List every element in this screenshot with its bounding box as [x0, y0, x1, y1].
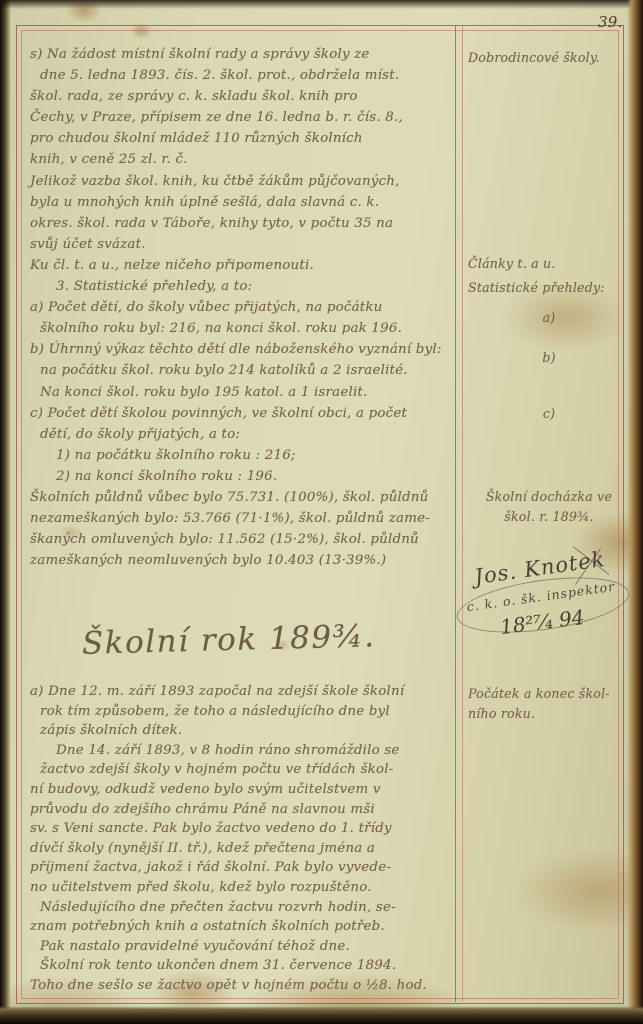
margin-note-year-line2: ního roku. — [468, 704, 630, 724]
paper: 39. s) Na žádost místní školní rady a sp… — [0, 0, 643, 1024]
manuscript-line: žactvo zdejší školy v hojném počtu ve tř… — [30, 760, 454, 780]
book-edge-bottom — [0, 1006, 643, 1024]
margin-note-benefactors: Dobrodincové školy. — [468, 48, 630, 68]
margin-note-attendance-line2: škol. r. 189¾. — [468, 507, 630, 527]
manuscript-line: s) Na žádost místní školní rady a správy… — [30, 44, 454, 65]
manuscript-line: dívčí školy (nynější II. tř.), kdež přeč… — [30, 839, 454, 859]
section-heading: Školní rok 189¾. — [82, 618, 376, 662]
manuscript-line: Dne 14. září 1893, v 8 hodin ráno shromá… — [30, 741, 454, 761]
manuscript-page: 39. s) Na žádost místní školní rady a sp… — [0, 0, 643, 1024]
manuscript-line: byla u mnohých knih úplně sešlá, dala sl… — [30, 192, 454, 213]
manuscript-line: příjmení žactva, jakož i řád školní. Pak… — [30, 858, 454, 878]
manuscript-line: no učitelstvem před školu, kdež bylo roz… — [30, 878, 454, 898]
manuscript-line: 1) na počátku školního roku : 216; — [30, 445, 454, 466]
manuscript-line: pro chudou školní mládež 110 různých ško… — [30, 128, 454, 149]
manuscript-line: škaných omluvených bylo: 11.562 (15·2%),… — [30, 529, 454, 550]
margin-note-statistics: Statistické přehledy: — [468, 278, 630, 298]
manuscript-line: na počátku škol. roku bylo 214 katolíků … — [30, 360, 454, 381]
manuscript-line: nezameškaných bylo: 53.766 (71·1%), škol… — [30, 508, 454, 529]
book-edge-left — [0, 0, 11, 1024]
manuscript-line: knih, v ceně 25 zl. r. č. — [30, 149, 454, 170]
manuscript-line: rok tím způsobem, že toho a následujícíh… — [30, 702, 454, 722]
margin-note-year-line1: Počátek a konec škol- — [468, 684, 630, 704]
book-edge-top — [0, 0, 643, 9]
margin-note-item-c: c) — [468, 404, 630, 424]
page-number: 39. — [598, 13, 622, 31]
manuscript-line: zameškaných neomluvených bylo 10.403 (13… — [30, 550, 454, 571]
margin-note-item-b: b) — [468, 348, 630, 368]
manuscript-line: Čechy, v Praze, přípisem ze dne 16. ledn… — [30, 107, 454, 128]
manuscript-line: Ku čl. t. a u., nelze ničeho připomenout… — [30, 255, 454, 276]
manuscript-line: Školní rok tento ukončen dnem 31. červen… — [30, 956, 454, 976]
manuscript-line: b) Úhrnný výkaz těchto dětí dle nábožens… — [30, 339, 454, 360]
inspection-date: 18²⁷⁄₄ 94 — [499, 605, 586, 639]
manuscript-line: Pak nastalo pravidelné vyučování téhož d… — [30, 937, 454, 957]
manuscript-line: Jelikož vazba škol. knih, ku čtbě žákům … — [30, 171, 454, 192]
manuscript-line: Následujícího dne přečten žactvu rozvrh … — [30, 898, 454, 918]
manuscript-line: 2) na konci školního roku : 196. — [30, 466, 454, 487]
manuscript-line: průvodu do zdejšího chrámu Páně na slavn… — [30, 800, 454, 820]
margin-note-item-a: a) — [468, 308, 630, 328]
main-text-section-2: a) Dne 12. m. září 1893 započal na zdejš… — [30, 682, 454, 996]
manuscript-line: školního roku byl: 216, na konci škol. r… — [30, 318, 454, 339]
manuscript-line: znam potřebných knih a ostatních školníc… — [30, 917, 454, 937]
main-text-section-1: s) Na žádost místní školní rady a správy… — [30, 44, 454, 571]
manuscript-line: škol. rada, ze správy c. k. skladu škol.… — [30, 86, 454, 107]
manuscript-line: Školních půldnů vůbec bylo 75.731. (100%… — [30, 487, 454, 508]
manuscript-line: okres. škol. rada v Táboře, knihy tyto, … — [30, 213, 454, 234]
manuscript-line: sv. s Veni sancte. Pak bylo žactvo veden… — [30, 819, 454, 839]
manuscript-line: dětí, do školy přijatých, a to: — [30, 424, 454, 445]
manuscript-line: 3. Statistické přehledy, a to: — [30, 276, 454, 297]
manuscript-line: svůj účet svázat. — [30, 234, 454, 255]
manuscript-line: Na konci škol. roku bylo 195 katol. a 1 … — [30, 382, 454, 403]
margin-note-attendance-line1: Školní docházka ve — [468, 487, 630, 507]
manuscript-line: c) Počet dětí školou povinných, ve školn… — [30, 403, 454, 424]
manuscript-line: a) Počet dětí, do školy vůbec přijatých,… — [30, 297, 454, 318]
manuscript-line: zápis školních dítek. — [30, 721, 454, 741]
manuscript-line: dne 5. ledna 1893. čís. 2. škol. prot., … — [30, 65, 454, 86]
manuscript-line: a) Dne 12. m. září 1893 započal na zdejš… — [30, 682, 454, 702]
column-divider-inner — [462, 25, 463, 1002]
column-divider-outer — [455, 25, 456, 1002]
manuscript-line: ní budovy, odkudž vedeno bylo svým učite… — [30, 780, 454, 800]
margin-note-articles: Články t. a u. — [468, 254, 630, 274]
manuscript-line: Toho dne sešlo se žactvo opět v hojném p… — [30, 976, 454, 996]
